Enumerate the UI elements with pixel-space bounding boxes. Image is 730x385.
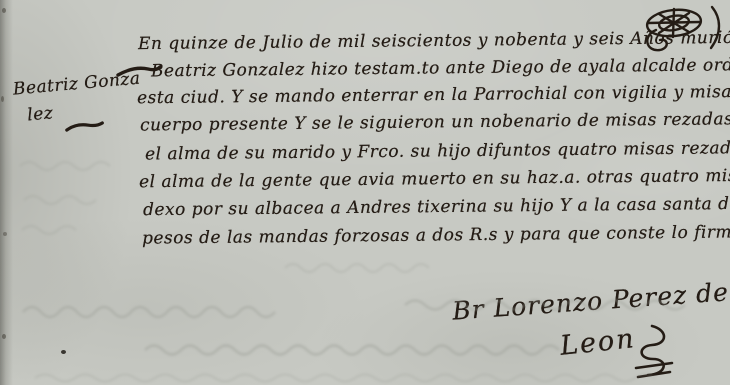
ink-bleedthrough: [280, 256, 450, 278]
manuscript-text-line: cuerpo presente Y se le siguieron un nob…: [140, 108, 730, 135]
manuscript-page: Beatriz Gonza lez En quinze de Julio de …: [0, 0, 730, 385]
manuscript-text-line: dexo por su albacea a Andres tixerina su…: [143, 194, 730, 220]
paper-speck: [3, 232, 7, 236]
ink-bleedthrough: [14, 150, 124, 240]
ink-bleedthrough: [18, 298, 288, 324]
manuscript-text-line: el alma de la gente que avia muerto en s…: [139, 166, 730, 192]
binding-edge: [0, 0, 13, 385]
ink-bleedthrough: [140, 336, 570, 362]
manuscript-text-line: Beatriz Gonzalez hizo testam.to ante Die…: [151, 55, 730, 82]
paper-speck: [1, 96, 4, 102]
signature-line: Leon: [559, 323, 637, 362]
manuscript-text-line: el alma de su marido y Frco. su hijo dif…: [145, 138, 730, 165]
flourish-dash-icon: [64, 119, 105, 134]
paper-speck: [2, 8, 6, 13]
manuscript-text-line: pesos de las mandas forzosas a dos R.s y…: [142, 221, 730, 248]
paper-speck: [2, 334, 6, 339]
ink-dot: [61, 350, 66, 354]
manuscript-text-line: esta ciud. Y se mando enterrar en la Par…: [137, 82, 730, 109]
ink-bleedthrough: [30, 368, 670, 385]
ink-bleedthrough: [400, 292, 700, 318]
